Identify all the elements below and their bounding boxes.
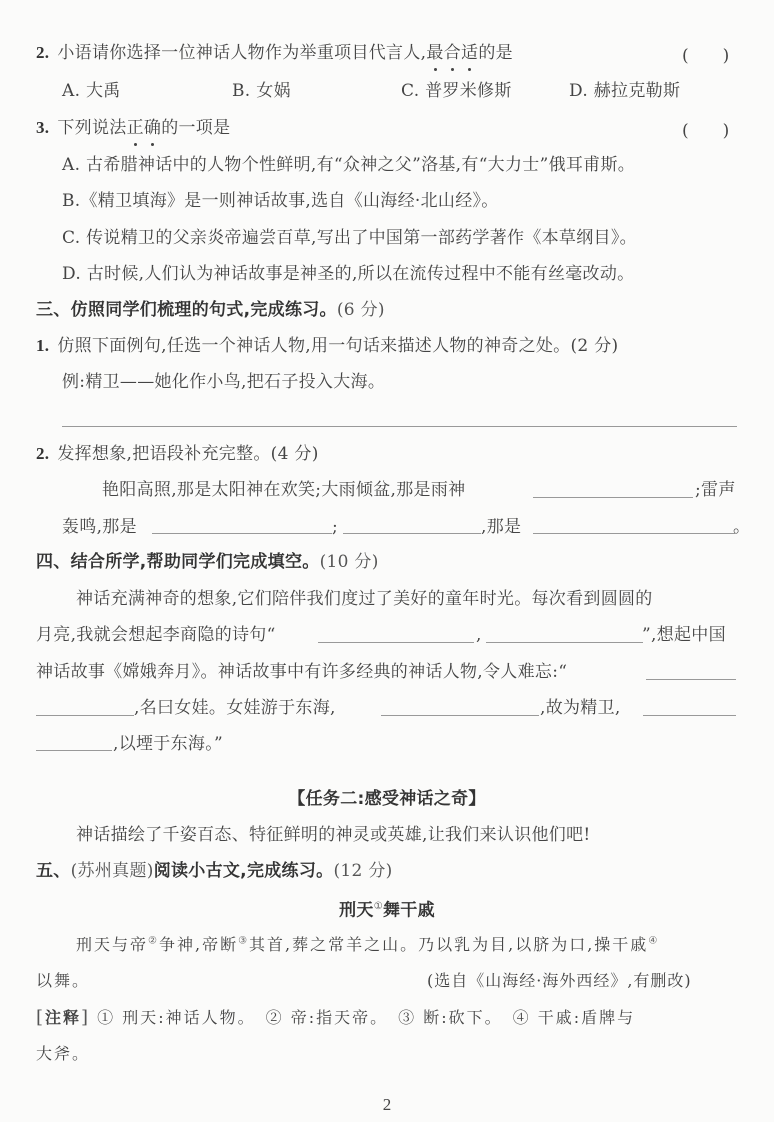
stem-text: 的一项是 [161,118,230,138]
option-label: B. [232,81,251,101]
source-tag: (苏州真题) [71,861,154,881]
fill-blank[interactable] [646,679,736,680]
stem-text: 下列说法 [57,118,126,138]
paragraph-line: 艳阳高照,那是太阳神在欢笑;大雨倾盆,那是雨神 [102,478,465,502]
emphasis-char: 正 [127,116,144,140]
page-number: 2 [0,1095,774,1115]
option-d[interactable]: D. 古时候,人们认为神话故事是神圣的,所以在流传过程中不能有丝毫改动。 [62,262,634,286]
paragraph-text: 神话故事《嫦娥奔月》。神话故事中有许多经典的神话人物,令人难忘:“ [36,660,567,684]
option-text: 赫拉克勒斯 [594,81,681,101]
section-score: (10 分) [320,552,379,572]
notes-label: 注释 [45,1008,81,1027]
option-c[interactable]: C. 传说精卫的父亲炎帝遍尝百草,写出了中国第一部药学著作《本草纲目》。 [62,226,637,250]
section-score: (6 分) [337,300,385,320]
question-text: 仿照下面例句,任选一个神话人物,用一句话来描述人物的神奇之处。(2 分) [57,336,618,356]
option-text: 古时候,人们认为神话故事是神圣的,所以在流传过程中不能有丝毫改动。 [87,264,635,284]
footnote-marker: ② [148,936,159,947]
question-text: 发挥想象,把语段补充完整。(4 分) [57,444,318,464]
citation: (选自《山海经·海外西经》,有删改) [427,968,692,991]
paragraph-text: 轰鸣,那是 [62,515,137,539]
option-label: A. [62,155,80,175]
paragraph-text: ,名曰女娃。女娃游于东海, [134,696,336,720]
option-label: C. [62,228,80,248]
fill-blank[interactable] [533,533,735,534]
passage-text: 争神,帝断 [159,935,238,954]
paragraph-text: ,以堙于东海。” [113,732,223,756]
option-a[interactable]: A. 大禹 [62,79,121,103]
paragraph-text: ; [332,515,338,539]
question-number: 2. [36,43,49,62]
paragraph-text: ,那是 [481,515,521,539]
emphasis-char: 合 [444,41,461,65]
paragraph-text: , [476,623,482,647]
section-3-question-2: 2.发挥想象,把语段补充完整。(4 分) [36,442,319,466]
section-score: (12 分) [333,861,392,881]
emphasis-char: 适 [461,41,478,65]
question-number: 2. [36,444,49,463]
option-c[interactable]: C. 普罗米修斯 [401,79,512,103]
section-title: 阅读小古文,完成练习。 [154,861,334,881]
section-3-question-1: 1.仿照下面例句,任选一个神话人物,用一句话来描述人物的神奇之处。(2 分) [36,334,618,358]
stem-text: 小语请你选择一位神话人物作为举重项目代言人, [57,43,426,63]
option-text: 普罗米修斯 [425,81,512,101]
task-2-heading: 【任务二:感受神话之奇】 [0,787,774,811]
paragraph-text: 月亮,我就会想起李商隐的诗句“ [36,623,276,647]
fill-blank[interactable] [381,715,539,716]
option-b[interactable]: B. 女娲 [232,79,291,103]
fill-blank[interactable] [152,533,332,534]
paragraph-text: 艳阳高照,那是太阳神在欢笑;大雨倾盆,那是雨神 [102,480,465,500]
fill-blank[interactable] [343,533,481,534]
paragraph-text: 神话充满神奇的想象,它们陪伴我们度过了美好的童年时光。每次看到圆圆的 [76,587,653,611]
stem-text: 的是 [478,43,513,63]
option-text: 女娲 [256,81,291,101]
fill-blank[interactable] [36,750,112,751]
option-label: D. [569,81,588,101]
question-3-stem: 3.下列说法正确的一项是 [36,116,230,140]
option-label: D. [62,264,81,284]
fill-blank[interactable] [643,715,736,716]
fill-blank[interactable] [36,715,134,716]
passage-title-text: 刑天 [339,901,374,921]
option-a[interactable]: A. 古希腊神话中的人物个性鲜明,有“众神之父”洛基,有“大力士”俄耳甫斯。 [62,153,635,177]
fill-blank[interactable] [318,642,474,643]
paragraph-text: ;雷声 [695,478,736,502]
footnote-marker: ④ [648,936,659,947]
notes-line: [注释] ① 刑天:神话人物。 ② 帝:指天帝。 ③ 断:砍下。 ④ 干戚:盾牌… [36,1005,635,1028]
passage-text: 以舞。 [36,968,90,991]
option-text: 《精卫填海》是一则神话故事,选自《山海经·北山经》。 [81,191,499,211]
notes-text: ① 刑天:神话人物。 ② 帝:指天帝。 ③ 断:砍下。 ④ 干戚:盾牌与 [97,1008,635,1027]
option-text: 古希腊神话中的人物个性鲜明,有“众神之父”洛基,有“大力士”俄耳甫斯。 [86,155,635,175]
option-d[interactable]: D. 赫拉克勒斯 [569,79,680,103]
question-number: 3. [36,118,49,137]
answer-bracket[interactable]: ( ) [682,116,729,141]
passage-title: 刑天①舞干戚 [0,895,774,923]
passage-text: 其首,葬之常羊之山。乃以乳为目,以脐为口,操干戚 [249,935,648,954]
answer-line[interactable] [62,426,737,427]
fill-blank[interactable] [486,642,643,643]
notes-text: 大斧。 [36,1041,90,1064]
option-text: 大禹 [86,81,121,101]
paragraph-text: 。 [733,515,750,539]
paragraph-text: ,故为精卫, [540,696,621,720]
classical-passage: 刑天与帝②争神,帝断③其首,葬之常羊之山。乃以乳为目,以脐为口,操干戚④ [76,932,659,955]
section-title: 三、仿照同学们梳理的句式,完成练习。 [36,300,337,320]
footnote-marker: ③ [238,936,249,947]
fill-blank[interactable] [533,497,693,498]
option-b[interactable]: B.《精卫填海》是一则神话故事,选自《山海经·北山经》。 [62,189,499,213]
section-5-heading: 五、(苏州真题)阅读小古文,完成练习。(12 分) [36,859,393,883]
paragraph-text: ”,想起中国 [642,623,726,647]
section-title: 四、结合所学,帮助同学们完成填空。 [36,552,320,572]
question-2-stem: 2.小语请你选择一位神话人物作为举重项目代言人,最合适的是 [36,41,513,65]
question-number: 1. [36,336,49,355]
passage-title-text: 舞干戚 [383,901,435,921]
footnote-marker: ① [374,901,383,912]
emphasis-char: 最 [426,41,443,65]
task-intro: 神话描绘了千姿百态、特征鲜明的神灵或英雄,让我们来认识他们吧! [76,823,591,847]
option-label: B. [62,191,81,211]
section-4-heading: 四、结合所学,帮助同学们完成填空。(10 分) [36,550,379,574]
option-label: C. [401,81,419,101]
section-3-heading: 三、仿照同学们梳理的句式,完成练习。(6 分) [36,298,385,322]
option-label: A. [62,81,80,101]
example-sentence: 例:精卫——她化作小鸟,把石子投入大海。 [62,370,385,394]
option-text: 传说精卫的父亲炎帝遍尝百草,写出了中国第一部药学著作《本草纲目》。 [86,228,637,248]
section-number: 五、 [36,861,71,881]
answer-bracket[interactable]: ( ) [682,41,729,66]
passage-text: 刑天与帝 [76,935,148,954]
emphasis-char: 确 [144,116,161,140]
